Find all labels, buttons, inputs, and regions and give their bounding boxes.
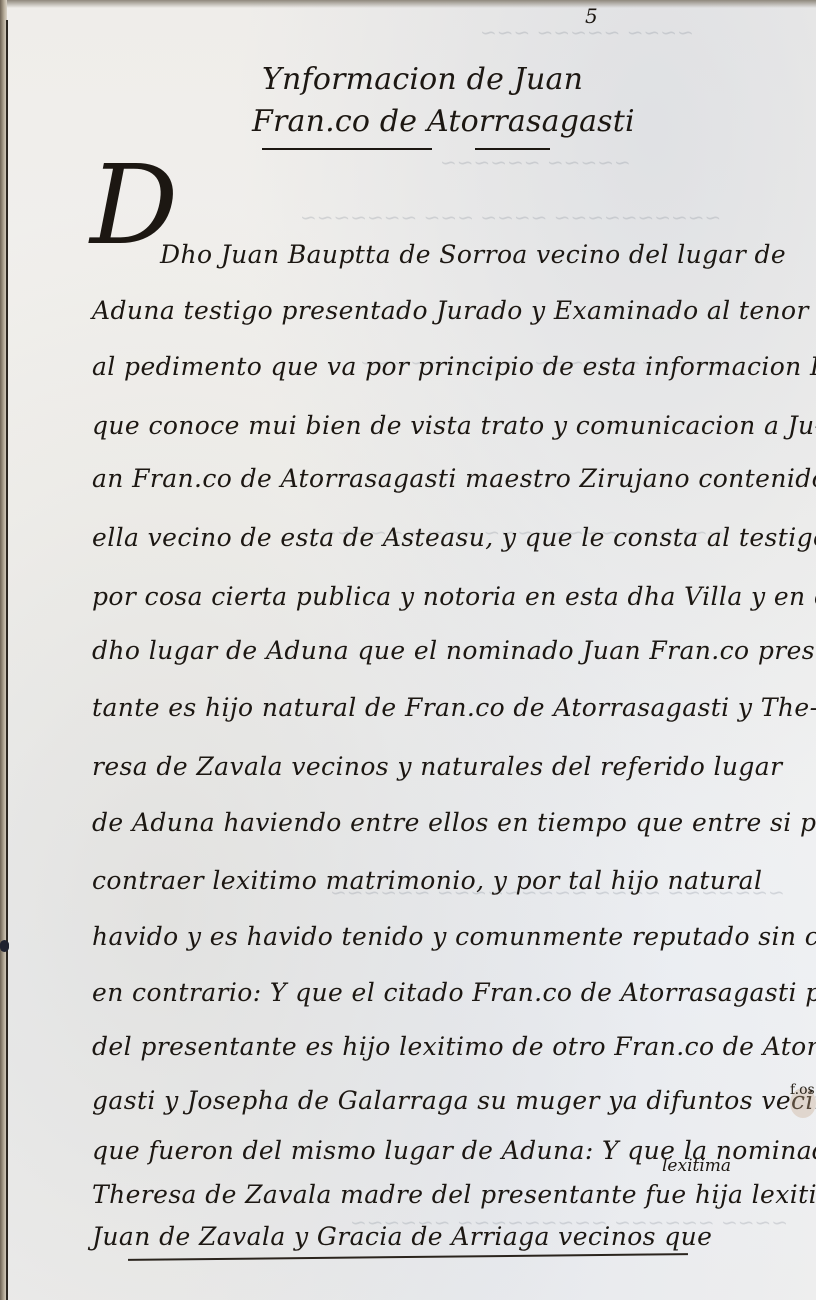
- body-line-14: en contrario: Y que el citado Fran.co de…: [92, 978, 816, 1007]
- binding-thread-knot: [0, 940, 9, 952]
- body-line-15: del presentante es hijo lexitimo de otro…: [92, 1032, 816, 1061]
- body-line-12: contraer lexitimo matrimonio, y por tal …: [92, 866, 762, 895]
- body-line-5: an Fran.co de Atorrasagasti maestro Ziru…: [92, 464, 816, 493]
- margin-note: f.os: [790, 1082, 815, 1098]
- interlinear-insertion: lexitima: [662, 1156, 731, 1176]
- bleed-through-text: ~~~~~ ~~~~~~: [440, 150, 631, 174]
- body-line-6: ella vecino de esta de Asteasu, y que le…: [92, 523, 816, 552]
- body-line-10: resa de Zavala vecinos y naturales del r…: [92, 752, 782, 781]
- body-line-1: Dho Juan Bauptta de Sorroa vecino del lu…: [160, 240, 786, 269]
- body-line-11: de Aduna haviendo entre ellos en tiempo …: [92, 808, 816, 837]
- body-line-8: dho lugar de Aduna que el nominado Juan …: [92, 636, 816, 665]
- body-line-13: havido y es havido tenido y comunmente r…: [92, 922, 816, 951]
- closing-rule: [128, 1253, 688, 1261]
- page-top-shadow: [0, 0, 816, 8]
- body-line-19: Juan de Zavala y Gracia de Arriaga vecin…: [92, 1222, 712, 1251]
- body-line-4: que conoce mui bien de vista trato y com…: [92, 411, 816, 440]
- title-underline: [262, 148, 432, 150]
- manuscript-page: ~~~~ ~~~~~ ~~~ ~~~~~ ~~~~~~ ~~~~~~~~~~ ~…: [0, 0, 816, 1300]
- body-line-7: por cosa cierta publica y notoria en est…: [92, 582, 816, 611]
- title-underline: [475, 148, 550, 150]
- folio-number: 5: [585, 4, 598, 28]
- body-line-18: Theresa de Zavala madre del presentante …: [92, 1180, 816, 1209]
- document-title-line-2: Fran.co de Atorrasagasti: [252, 104, 635, 139]
- body-line-16: gasti y Josepha de Galarraga su muger ya…: [92, 1086, 816, 1115]
- body-line-3: al pedimento que va por principio de est…: [92, 352, 816, 381]
- body-line-9: tante es hijo natural de Fran.co de Ator…: [92, 693, 816, 722]
- document-title-line-1: Ynformacion de Juan: [262, 62, 583, 97]
- binding-line: [6, 20, 8, 1300]
- bleed-through-text: ~~~~~~~~~~ ~~~~ ~~~ ~~~~~~~: [300, 205, 721, 229]
- body-line-2: Aduna testigo presentado Jurado y Examin…: [92, 296, 809, 325]
